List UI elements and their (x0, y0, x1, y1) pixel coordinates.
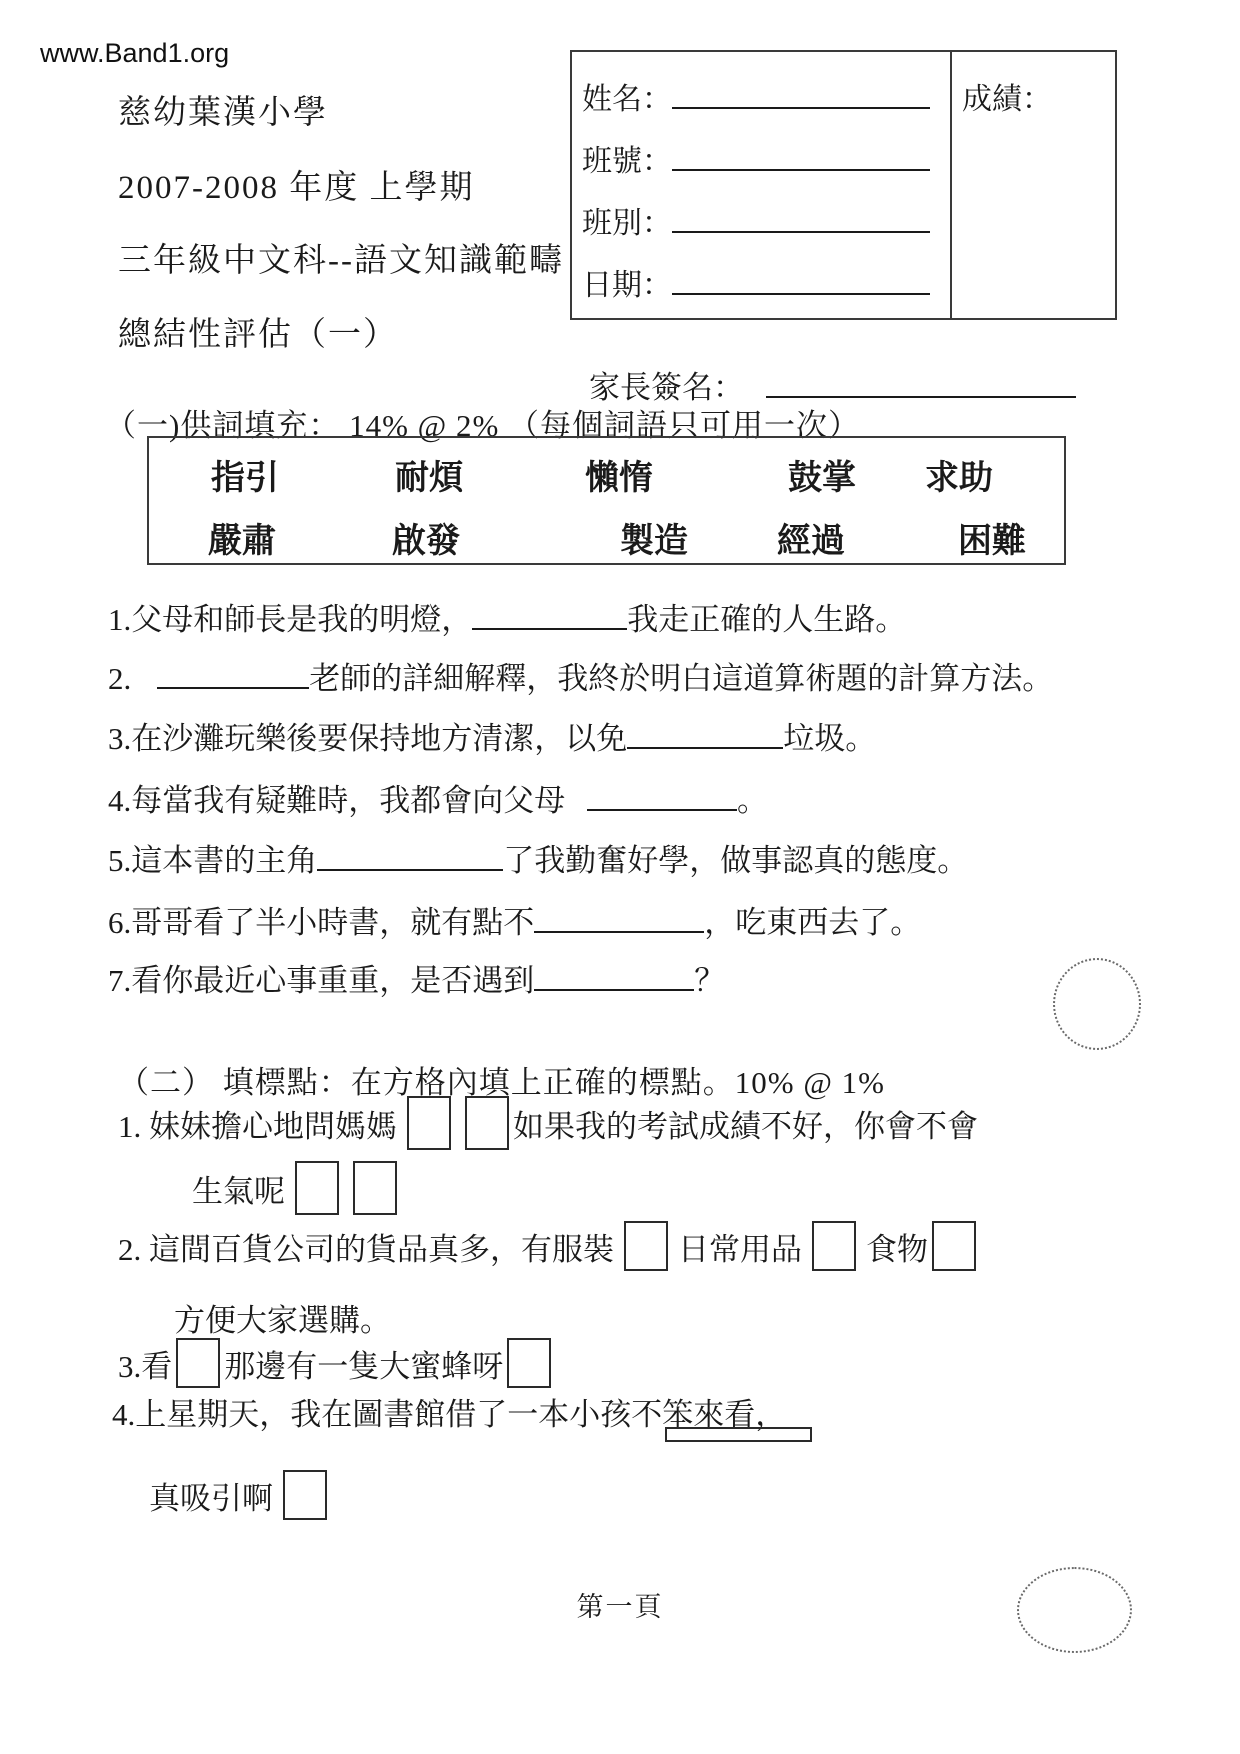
answer-blank[interactable] (534, 958, 694, 991)
question-text: 真吸引啊 (149, 1473, 273, 1518)
word-bank-item: 啟發 (392, 513, 460, 562)
school-name: 慈幼葉漢小學 (118, 86, 328, 133)
section2-question-2: 2. 這間百貨公司的貨品真多，有服裝 日常用品 食物 (118, 1221, 980, 1271)
class-number-field-line[interactable] (672, 139, 930, 171)
question-text: 食物 (866, 1224, 928, 1269)
question-7: 7.看你最近心事重重，是否遇到？ (108, 955, 725, 1000)
punctuation-box[interactable] (812, 1221, 856, 1271)
question-1: 1.父母和師長是我的明燈，我走正確的人生路。 (108, 594, 906, 639)
punctuation-box[interactable] (624, 1221, 668, 1271)
question-5: 5.這本書的主角了我勤奮好學，做事認真的態度。 (108, 835, 968, 880)
section2-question-4-line2: 真吸引啊 (149, 1470, 337, 1520)
student-info-box: 姓名： 班號： 班別： 日期： 成績： (570, 50, 1117, 320)
section2-question-1-line2: 生氣呢 (192, 1161, 401, 1215)
word-bank-item: 經過 (777, 513, 845, 562)
answer-blank[interactable] (472, 597, 627, 630)
parent-signature-line[interactable] (766, 365, 1076, 398)
answer-blank[interactable] (587, 778, 737, 811)
date-field-line[interactable] (672, 263, 930, 295)
punctuation-box[interactable] (465, 1096, 509, 1150)
section2-question-1: 1. 妹妹擔心地問媽媽 如果我的考試成績不好，你會不會 (118, 1096, 978, 1150)
question-text: 日常用品 (678, 1224, 802, 1269)
question-text: 生氣呢 (192, 1166, 285, 1211)
assessment-title: 總結性評估（一） (118, 308, 398, 355)
class-number-row: 班號： (582, 136, 930, 180)
year-term: 2007-2008 年度 上學期 (118, 161, 475, 208)
question-text: 老師的詳細解釋，我終於明白這道算術題的計算方法。 (309, 661, 1053, 696)
question-text: 垃圾。 (783, 721, 876, 756)
question-text: 3.看 (118, 1341, 172, 1386)
punctuation-box[interactable] (176, 1338, 220, 1388)
question-text: 3.在沙灘玩樂後要保持地方清潔，以免 (108, 721, 627, 756)
question-text: 。 (737, 783, 768, 818)
punctuation-box[interactable] (407, 1096, 451, 1150)
exam-page: www.Band1.org 慈幼葉漢小學 2007-2008 年度 上學期 三年… (0, 0, 1240, 1754)
answer-blank[interactable] (157, 656, 309, 689)
question-text: 方便大家選購。 (174, 1303, 391, 1338)
question-text: 那邊有一隻大蜜蜂呀 (224, 1341, 503, 1386)
question-text: 1.父母和師長是我的明燈， (108, 602, 472, 637)
word-bank-item: 鼓掌 (788, 450, 856, 499)
word-bank-item: 耐煩 (395, 450, 463, 499)
name-field-line[interactable] (672, 77, 930, 109)
book-title-mark-box[interactable] (665, 1427, 812, 1442)
punctuation-box[interactable] (283, 1470, 327, 1520)
dotted-circle (1017, 1567, 1132, 1653)
class-label: 班別： (582, 207, 672, 240)
question-text: 我走正確的人生路。 (627, 602, 906, 637)
word-bank-item: 製造 (620, 513, 688, 562)
word-bank-item: 指引 (211, 450, 279, 499)
word-bank-item: 困難 (958, 513, 1026, 562)
question-text: 2. 這間百貨公司的貨品真多，有服裝 (118, 1224, 614, 1269)
question-text: 了我勤奮好學，做事認真的態度。 (503, 843, 968, 878)
answer-blank[interactable] (534, 900, 704, 933)
watermark: www.Band1.org (40, 38, 229, 69)
question-text: 如果我的考試成績不好，你會不會 (513, 1101, 978, 1146)
answer-blank[interactable] (627, 716, 783, 749)
question-text: ，吃東西去了。 (704, 905, 921, 940)
question-text: ？ (694, 963, 725, 998)
word-bank-item: 嚴肅 (208, 513, 276, 562)
punctuation-box[interactable] (353, 1161, 397, 1215)
class-field-line[interactable] (672, 201, 930, 233)
punctuation-box[interactable] (932, 1221, 976, 1271)
date-row: 日期： (582, 260, 930, 304)
question-2: 2.老師的詳細解釋，我終於明白這道算術題的計算方法。 (108, 653, 1053, 698)
score-label: 成績： (962, 74, 1052, 118)
question-text: 2. (108, 661, 131, 696)
class-row: 班別： (582, 198, 930, 242)
subject-line: 三年級中文科--語文知識範疇 (118, 234, 564, 281)
name-label: 姓名： (582, 83, 672, 116)
answer-blank[interactable] (317, 838, 503, 871)
question-3: 3.在沙灘玩樂後要保持地方清潔，以免垃圾。 (108, 713, 876, 758)
punctuation-box[interactable] (507, 1338, 551, 1388)
dotted-circle (1053, 958, 1141, 1050)
section2-question-3: 3.看 那邊有一隻大蜜蜂呀 (118, 1338, 555, 1388)
date-label: 日期： (582, 269, 672, 302)
question-6: 6.哥哥看了半小時書，就有點不，吃東西去了。 (108, 897, 921, 942)
word-bank-box: 指引 耐煩 懶惰 鼓掌 求助 嚴肅 啟發 製造 經過 困難 (147, 436, 1066, 565)
name-row: 姓名： (582, 74, 930, 118)
section2-question-2-line2: 方便大家選購。 (174, 1295, 391, 1340)
question-text: 7.看你最近心事重重，是否遇到 (108, 963, 534, 998)
question-4: 4.每當我有疑難時，我都會向父母 。 (108, 775, 768, 820)
question-text: 5.這本書的主角 (108, 843, 317, 878)
question-text: 1. 妹妹擔心地問媽媽 (118, 1101, 397, 1146)
class-number-label: 班號： (582, 145, 672, 178)
question-text: 4.每當我有疑難時，我都會向父母 (108, 783, 573, 818)
question-text: 6.哥哥看了半小時書，就有點不 (108, 905, 534, 940)
punctuation-box[interactable] (295, 1161, 339, 1215)
word-bank-item: 求助 (925, 450, 993, 499)
word-bank-item: 懶惰 (585, 450, 653, 499)
info-box-divider (950, 52, 952, 318)
